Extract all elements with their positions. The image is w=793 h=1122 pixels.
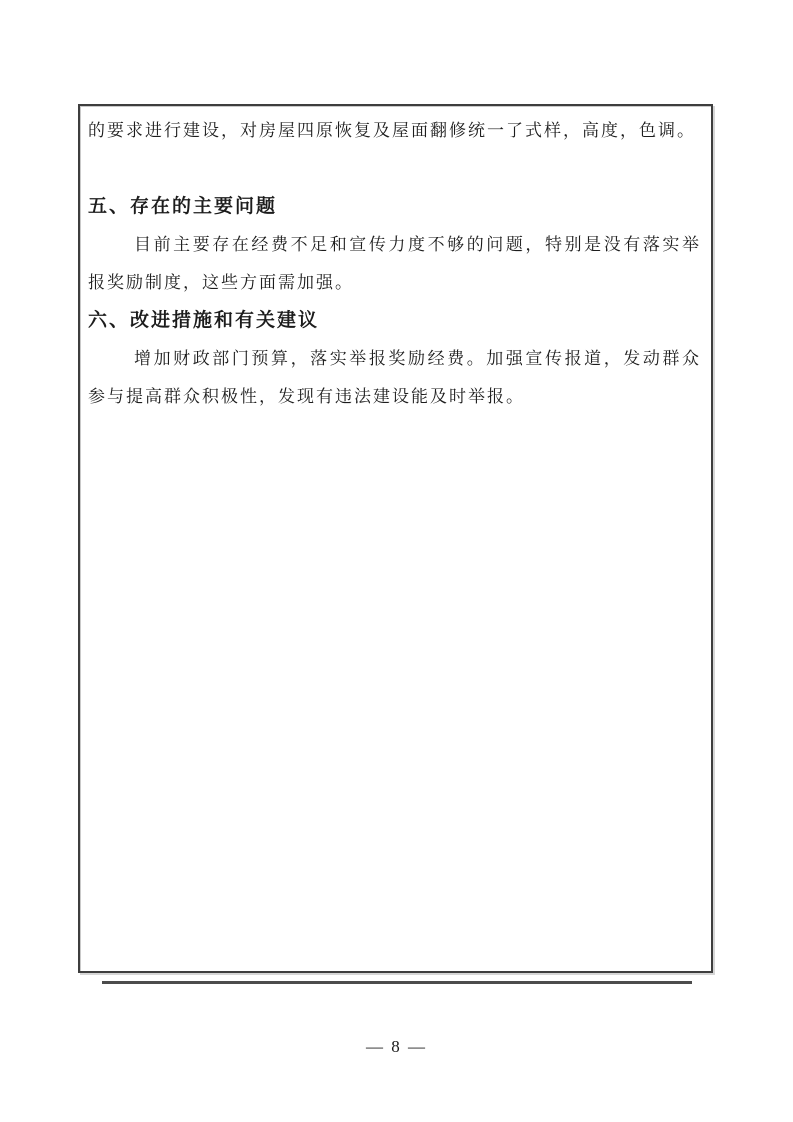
document-page: 的要求进行建设，对房屋四原恢复及屋面翻修统一了式样，高度，色调。 五、存在的主要… (0, 0, 793, 1122)
footer-rule (102, 981, 692, 984)
section-body-problems: 目前主要存在经费不足和宣传力度不够的问题，特别是没有落实举报奖励制度，这些方面需… (88, 226, 701, 302)
content-border-box: 的要求进行建设，对房屋四原恢复及屋面翻修统一了式样，高度，色调。 五、存在的主要… (78, 104, 713, 973)
section-body-suggestions: 增加财政部门预算，落实举报奖励经费。加强宣传报道，发动群众参与提高群众积极性，发… (88, 340, 701, 416)
continuation-paragraph: 的要求进行建设，对房屋四原恢复及屋面翻修统一了式样，高度，色调。 (88, 112, 701, 150)
section-heading-problems: 五、存在的主要问题 (88, 188, 701, 226)
page-number: — 8 — (0, 1037, 793, 1057)
section-heading-suggestions: 六、改进措施和有关建议 (88, 302, 701, 340)
